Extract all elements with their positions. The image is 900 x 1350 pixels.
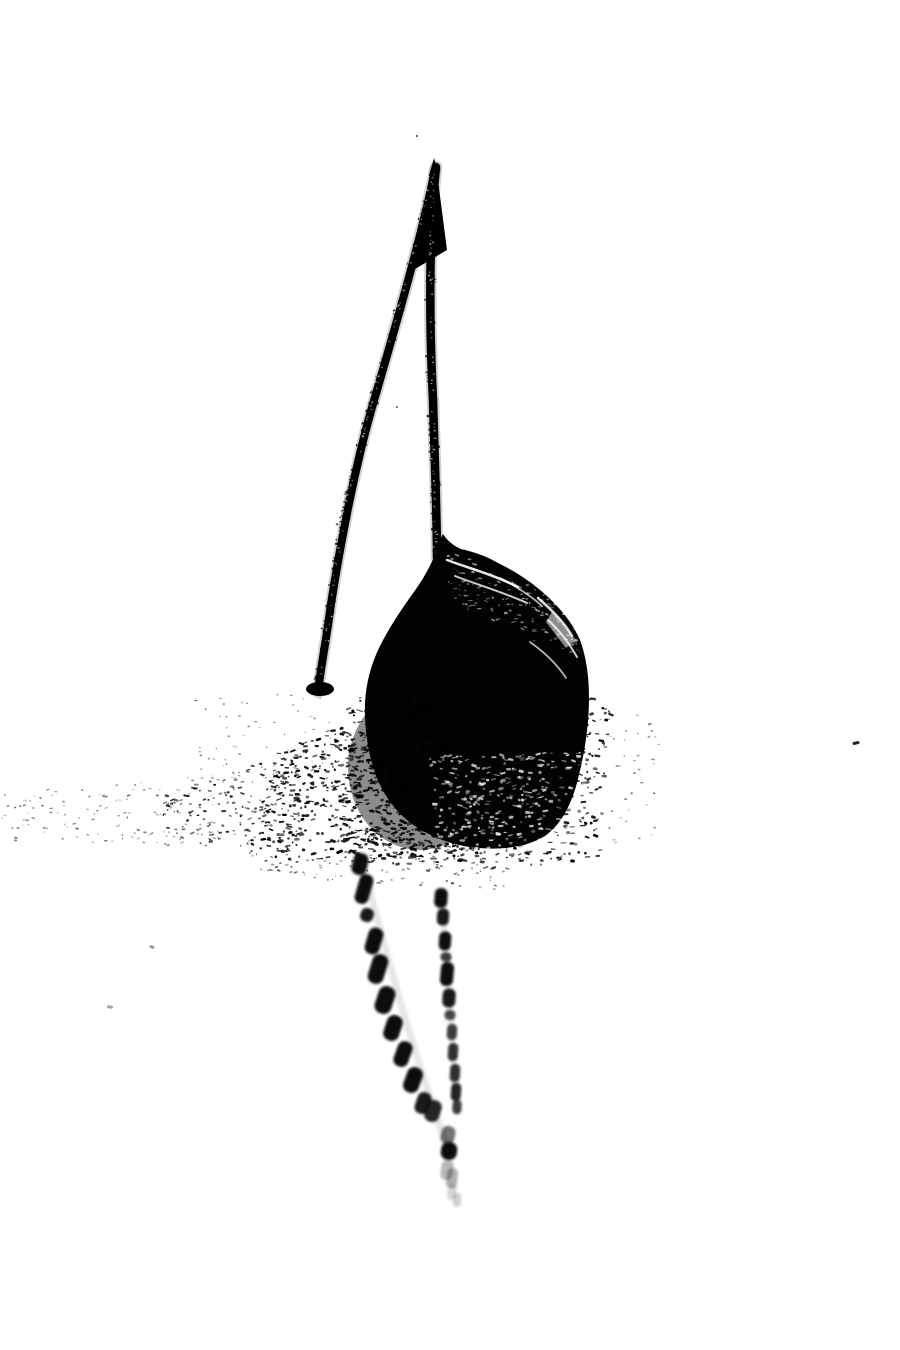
monochrome-photograph [0,0,900,1350]
artwork-svg [0,0,900,1350]
stem-base-blob [306,682,334,696]
